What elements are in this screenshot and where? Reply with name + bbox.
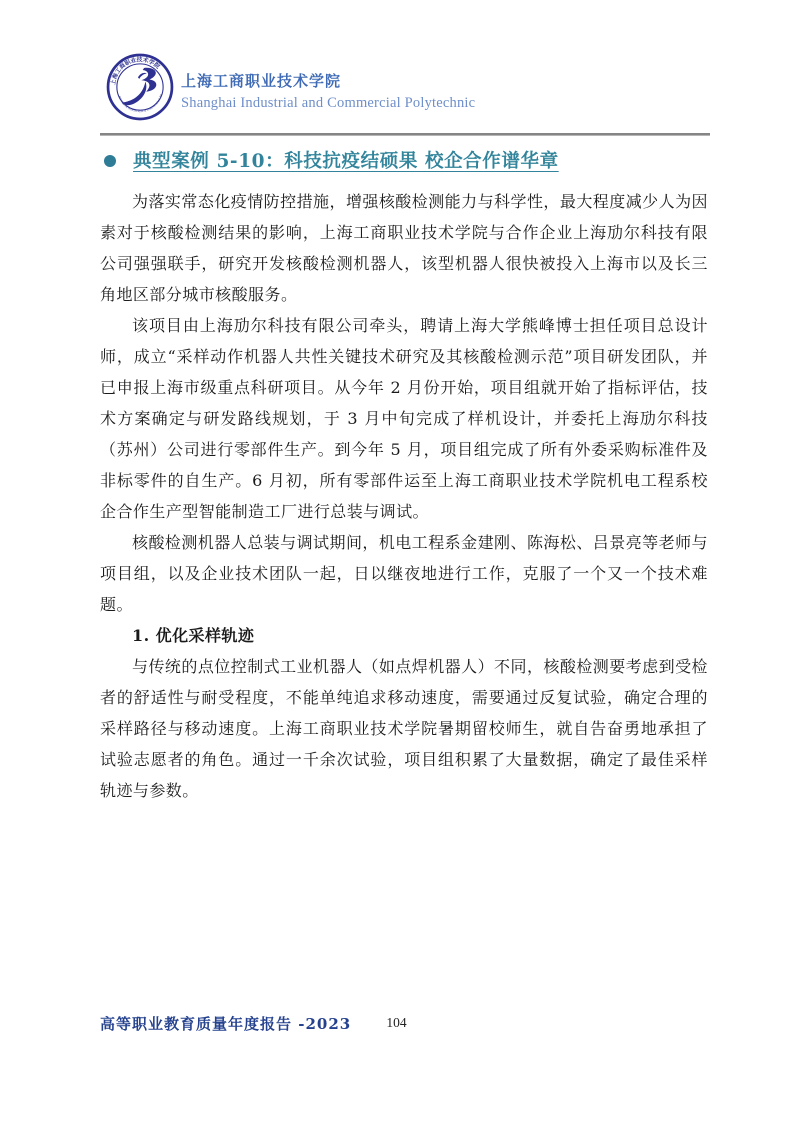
school-name-zh: 上海工商职业技术学院 — [181, 70, 341, 91]
paragraph-1: 为落实常态化疫情防控措施，增强核酸检测能力与科学性，最大程度减少人为因素对于核酸… — [100, 186, 708, 310]
footer-page-number: 104 — [0, 1015, 793, 1031]
paragraph-4: 与传统的点位控制式工业机器人（如点焊机器人）不同，核酸检测要考虑到受检者的舒适性… — [100, 651, 708, 806]
paragraph-3: 核酸检测机器人总装与调试期间，机电工程系金建刚、陈海松、吕景亮等老师与项目组，以… — [100, 527, 708, 620]
school-seal-logo: 上海工商职业技术学院 SHANGHAI INDUSTRIAL & COMMERC… — [106, 52, 174, 122]
school-name-en: Shanghai Industrial and Commercial Polyt… — [181, 95, 475, 112]
article-body: 为落实常态化疫情防控措施，增强核酸检测能力与科学性，最大程度减少人为因素对于核酸… — [100, 186, 708, 806]
paragraph-2: 该项目由上海劢尔科技有限公司牵头，聘请上海大学熊峰博士担任项目总设计师，成立“采… — [100, 310, 708, 527]
document-page: 上海工商职业技术学院 SHANGHAI INDUSTRIAL & COMMERC… — [0, 0, 793, 1122]
title-bullet-icon — [104, 155, 116, 167]
header-divider-rule — [100, 133, 710, 136]
sub-heading-1: 1. 优化采样轨迹 — [100, 620, 708, 651]
case-study-title: 典型案例 5-10：科技抗疫结硕果 校企合作谱华章 — [133, 147, 713, 173]
